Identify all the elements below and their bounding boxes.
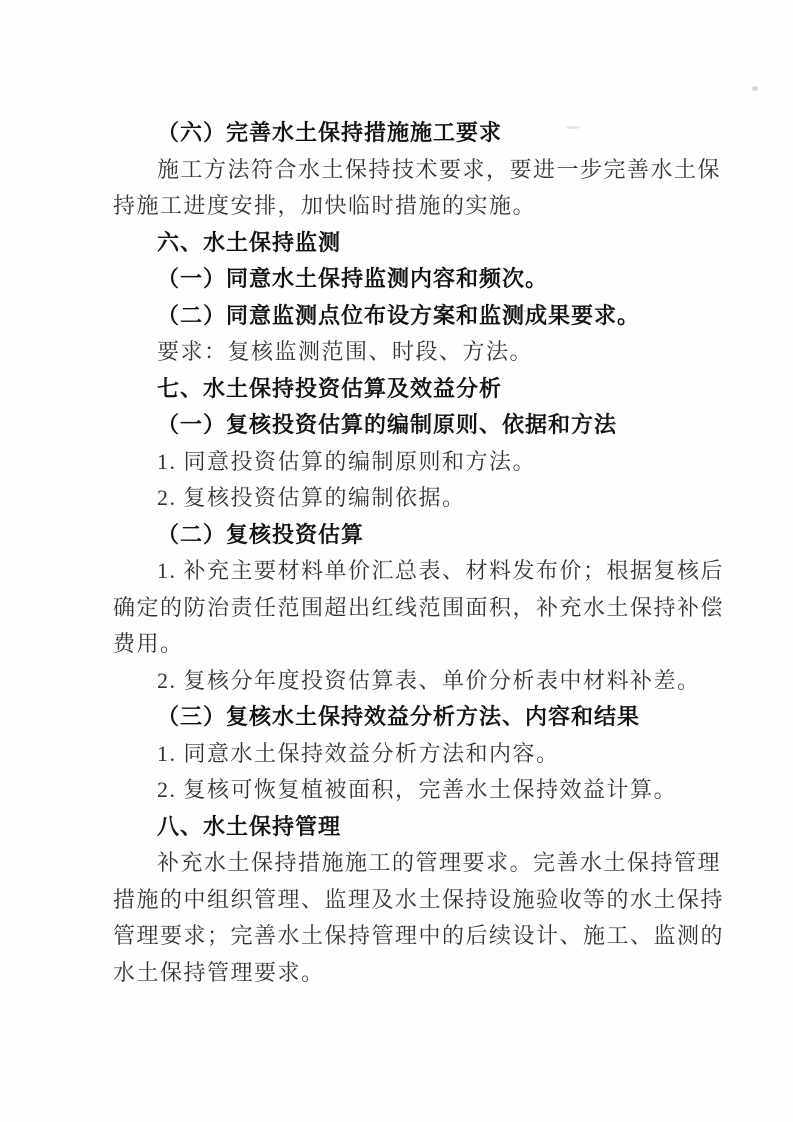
paragraph-line: 施工方法符合水土保持技术要求，要进一步完善水土保 [113,152,713,189]
section-heading: （二）同意监测点位布设方案和监测成果要求。 [113,298,713,335]
numbered-item: 2. 复核投资估算的编制依据。 [113,480,713,517]
paragraph-line: 补充水土保持措施施工的管理要求。完善水土保持管理 [113,845,713,882]
paragraph-line: 持施工进度安排，加快临时措施的实施。 [113,188,713,225]
section-heading: （一）同意水土保持监测内容和频次。 [113,261,713,298]
section-heading: （六）完善水土保持措施施工要求 [113,115,713,152]
chapter-heading: 六、水土保持监测 [113,225,713,262]
chapter-heading: 八、水土保持管理 [113,809,713,846]
paragraph-line: 管理要求；完善水土保持管理中的后续设计、施工、监测的 [113,918,713,955]
paragraph-line: 措施的中组织管理、监理及水土保持设施验收等的水土保持 [113,882,713,919]
scan-noise-speck [612,422,616,424]
chapter-heading: 七、水土保持投资估算及效益分析 [113,371,713,408]
section-heading: （三）复核水土保持效益分析方法、内容和结果 [113,699,713,736]
numbered-item: 2. 复核可恢复植被面积，完善水土保持效益计算。 [113,772,713,809]
scan-noise-speck [522,310,528,312]
numbered-item: 1. 补充主要材料单价汇总表、材料发布价；根据复核后 [113,553,713,590]
scan-noise-speck [601,312,606,314]
paragraph-line: 费用。 [113,626,713,663]
paragraph-line: 水土保持管理要求。 [113,955,713,992]
section-heading: （一）复核投资估算的编制原则、依据和方法 [113,407,713,444]
document-text-block: （六）完善水土保持措施施工要求 施工方法符合水土保持技术要求，要进一步完善水土保… [113,115,713,991]
paragraph-line: 确定的防治责任范围超出红线范围面积，补充水土保持补偿 [113,590,713,627]
scan-noise-speck [566,126,580,129]
scan-noise-speck [752,86,758,91]
numbered-item: 2. 复核分年度投资估算表、单价分析表中材料补差。 [113,663,713,700]
numbered-item: 1. 同意水土保持效益分析方法和内容。 [113,736,713,773]
scan-noise-speck [596,791,601,793]
scanned-document-page: （六）完善水土保持措施施工要求 施工方法符合水土保持技术要求，要进一步完善水土保… [0,0,793,1122]
section-heading: （二）复核投资估算 [113,517,713,554]
paragraph-line: 要求：复核监测范围、时段、方法。 [113,334,713,371]
numbered-item: 1. 同意投资估算的编制原则和方法。 [113,444,713,481]
